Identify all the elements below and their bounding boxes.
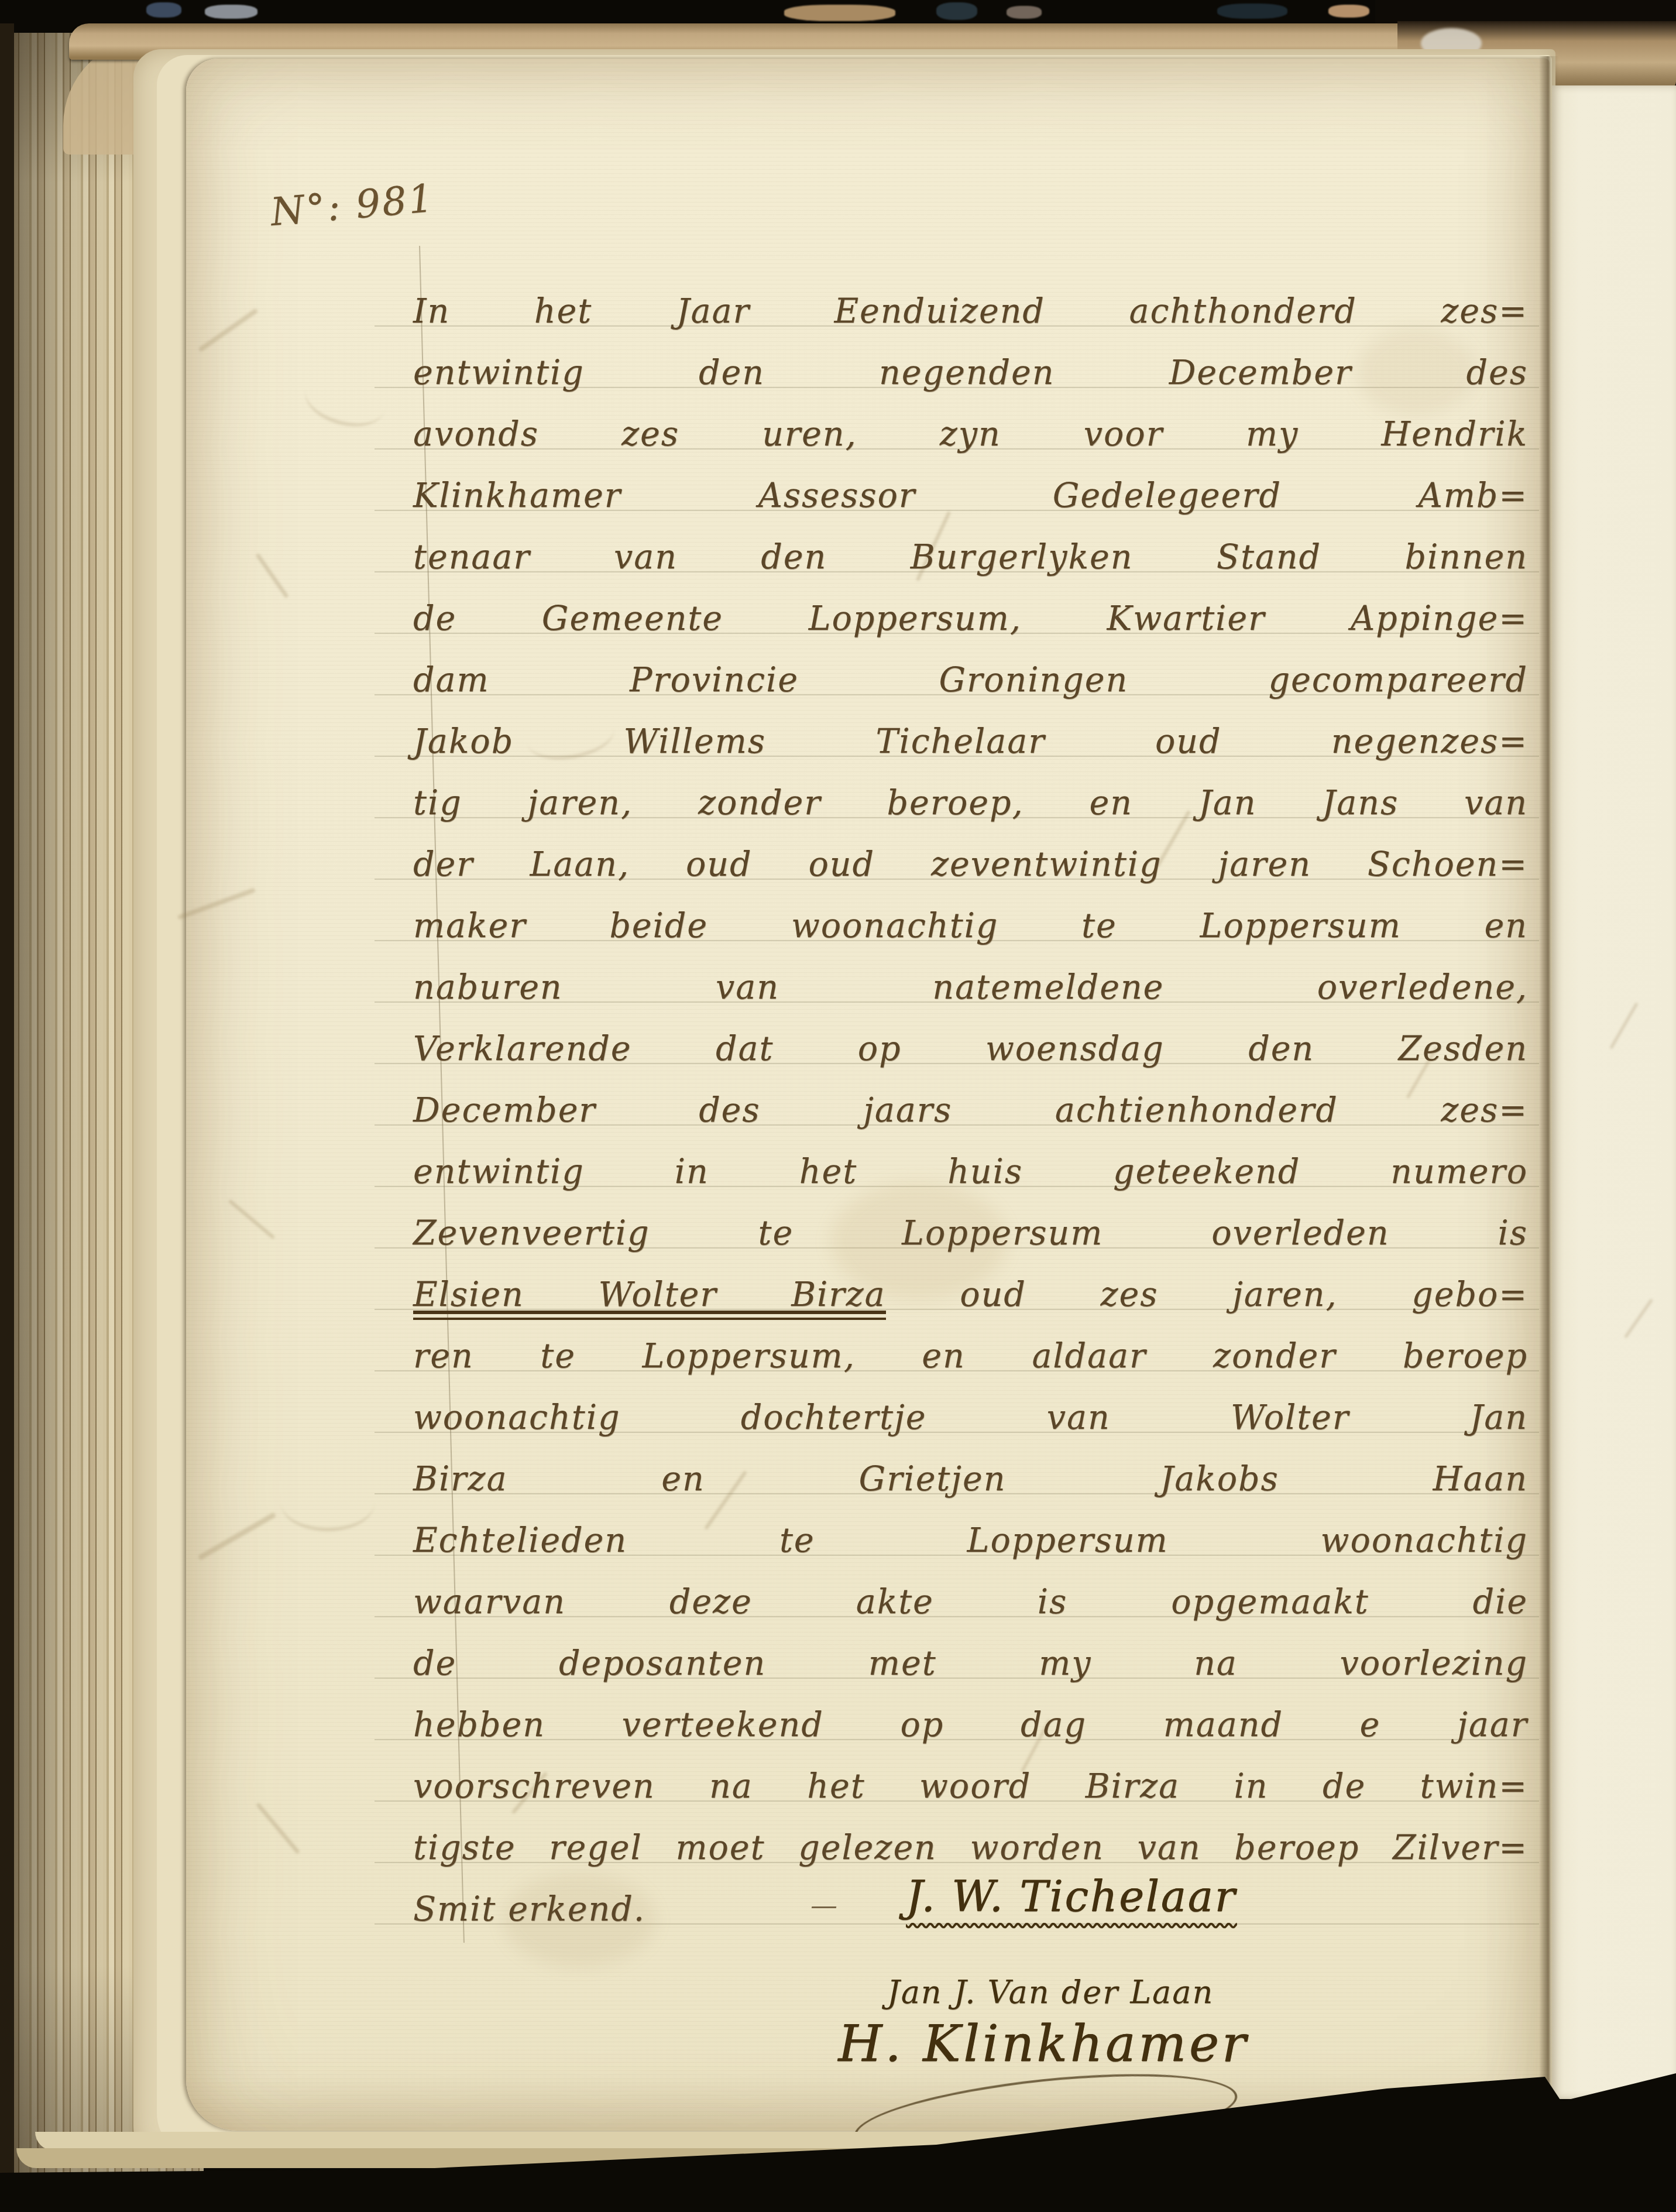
manuscript-line: maker beide woonachtig te Loppersum en [413,896,1528,957]
marbling-fleck [146,2,181,18]
manuscript-line: woonachtig dochtertje van Wolter Jan [413,1387,1528,1449]
manuscript-line: voorschreven na het woord Birza in de tw… [413,1756,1528,1817]
manuscript-line: de Gemeente Loppersum, Kwartier Appinge= [413,588,1528,650]
marbling-fleck [1217,4,1287,19]
manuscript-line: Smit erkend. [413,1879,645,1940]
manuscript-line: Jakob Willems Tichelaar oud negenzes= [413,711,1528,773]
manuscript-line: tig jaren, zonder beroep, en Jan Jans va… [413,773,1528,834]
signature-tichelaar: J. W. Tichelaar [906,1872,1237,1921]
manuscript-line: tenaar van den Burgerlyken Stand binnen [413,527,1528,588]
manuscript-line: der Laan, oud oud zeventwintig jaren Sch… [413,834,1528,896]
marbling-fleck [784,5,895,21]
manuscript-line: dam Provincie Groningen gecompareerd [413,650,1528,711]
book-scan: N°: 981 In het Jaar Eenduizend achthonde… [0,0,1676,2212]
manuscript-line: entwintig in het huis geteekend numero [413,1141,1528,1203]
ink-showthrough [281,1475,375,1531]
signature-dash: — [810,1889,837,1921]
marbling-fleck [936,2,977,20]
manuscript-line: Echtelieden te Loppersum woonachtig [413,1510,1528,1572]
signature-van-der-laan: Jan J. Van der Laan [887,1974,1214,2011]
marbling-fleck [1328,5,1369,18]
manuscript-line: In het Jaar Eenduizend achthonderd zes= [413,281,1528,342]
manuscript-line: waarvan deze akte is opgemaakt die [413,1572,1528,1633]
manuscript-line: Verklarende dat op woensdag den Zesden [413,1018,1528,1080]
manuscript-line: Klinkhamer Assessor Gedelegeerd Amb= [413,465,1528,527]
manuscript-line: Elsien Wolter Birza oud zes jaren, gebo= [413,1264,1528,1326]
manuscript-line: naburen van natemeldene overledene, [413,957,1528,1018]
line-remainder: oud zes jaren, gebo= [960,1275,1528,1314]
manuscript-line: ren te Loppersum, en aldaar zonder beroe… [413,1326,1528,1387]
marbling-fleck [205,5,257,19]
next-page-strip [1552,85,1676,2099]
manuscript-line: tigste regel moet gelezen worden van ber… [413,1817,1528,1879]
deceased-name-underlined: Elsien Wolter Birza [413,1275,886,1327]
manuscript-line: entwintig den negenden December des [413,342,1528,404]
manuscript-line: Birza en Grietjen Jakobs Haan [413,1449,1528,1510]
manuscript-line: de deposanten met my na voorlezing [413,1633,1528,1695]
manuscript-line: December des jaars achtienhonderd zes= [413,1080,1528,1141]
signature-klinkhamer: H. Klinkhamer [838,2015,1249,2073]
book-gutter-crevice [0,23,14,2189]
manuscript-line: hebben verteekend op dag maand e jaar [413,1695,1528,1756]
manuscript-line: avonds zes uren, zyn voor my Hendrik [413,404,1528,465]
marbling-fleck [1007,6,1042,19]
manuscript-line: Zevenveertig te Loppersum overleden is [413,1203,1528,1264]
